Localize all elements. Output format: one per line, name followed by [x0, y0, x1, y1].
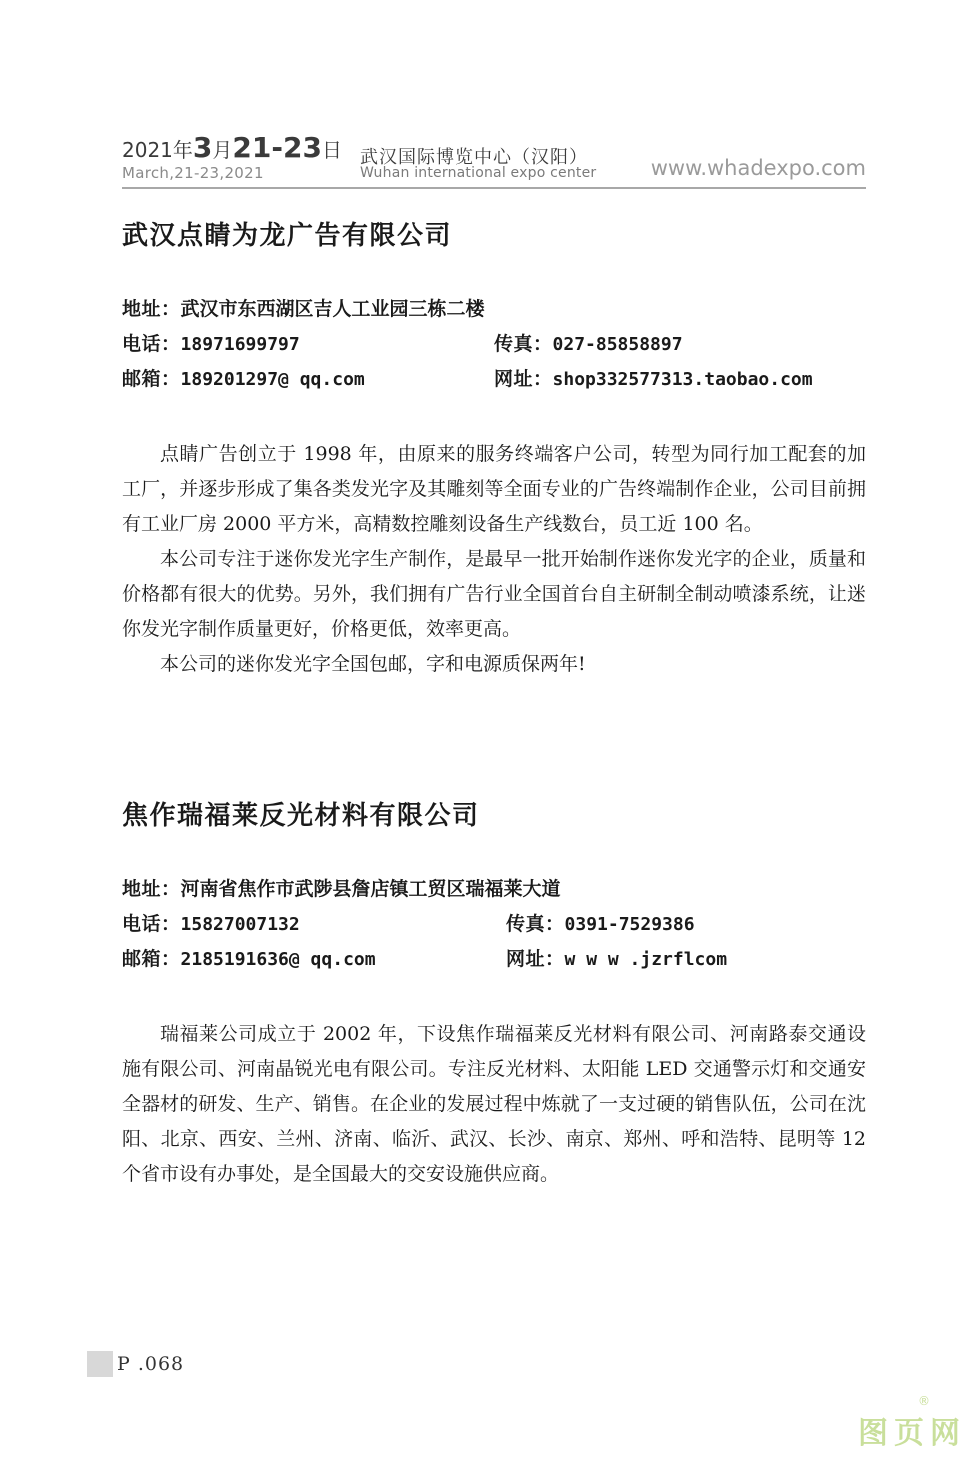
website-link[interactable]: www.whadexpo.com	[651, 156, 866, 180]
description-paragraph: 本公司专注于迷你发光字生产制作，是最早一批开始制作迷你发光字的企业，质量和价格都…	[122, 542, 866, 647]
web-value[interactable]: w w w .jzrflcom	[565, 949, 728, 970]
email: 邮箱：189201297@ qq.com	[122, 362, 494, 397]
description-paragraph: 本公司的迷你发光字全国包邮，字和电源质保两年!	[122, 647, 866, 682]
company-entry: 武汉点睛为龙广告有限公司 地址：武汉市东西湖区吉人工业园三栋二楼 电话：1897…	[122, 218, 866, 682]
page-footer: P .068	[87, 1351, 184, 1377]
description-paragraph: 点睛广告创立于 1998 年，由原来的服务终端客户公司，转型为同行加工配套的加工…	[122, 437, 866, 542]
date-days: 21-23	[232, 131, 322, 164]
page-header: 2021年3月21-23日 March,21-23,2021 武汉国际博览中心（…	[122, 134, 866, 190]
fax-label: 传真：	[494, 333, 553, 355]
address-value: 武汉市东西湖区吉人工业园三栋二楼	[181, 298, 485, 320]
contact-info: 地址：河南省焦作市武陟县詹店镇工贸区瑞福莱大道 电话：15827007132 传…	[122, 872, 866, 977]
venue-en: Wuhan international expo center	[360, 165, 596, 181]
email-value[interactable]: 2185191636@ qq.com	[181, 949, 376, 970]
fax-value: 0391-7529386	[565, 914, 695, 935]
web-label: 网址：	[494, 368, 553, 390]
address-label: 地址：	[122, 298, 181, 320]
date-year: 2021年	[122, 138, 193, 162]
web: 网址：shop332577313.taobao.com	[494, 362, 813, 397]
event-date: 2021年3月21-23日	[122, 134, 342, 162]
email-label: 邮箱：	[122, 368, 181, 390]
web: 网址：w w w .jzrflcom	[506, 942, 727, 977]
phone-value: 18971699797	[181, 334, 300, 355]
registered-icon: ®	[918, 1394, 930, 1408]
fax-label: 传真：	[506, 913, 565, 935]
company-entry: 焦作瑞福莱反光材料有限公司 地址：河南省焦作市武陟县詹店镇工贸区瑞福莱大道 电话…	[122, 798, 866, 1192]
phone-fax-row: 电话：18971699797 传真：027-85858897	[122, 327, 866, 362]
description-paragraph: 瑞福莱公司成立于 2002 年，下设焦作瑞福莱反光材料有限公司、河南路泰交通设施…	[122, 1017, 866, 1192]
email-value[interactable]: 189201297@ qq.com	[181, 369, 365, 390]
company-description: 点睛广告创立于 1998 年，由原来的服务终端客户公司，转型为同行加工配套的加工…	[122, 437, 866, 682]
company-description: 瑞福莱公司成立于 2002 年，下设焦作瑞福莱反光材料有限公司、河南路泰交通设施…	[122, 1017, 866, 1192]
email-web-row: 邮箱：189201297@ qq.com 网址：shop332577313.ta…	[122, 362, 866, 397]
event-date-en: March,21-23,2021	[122, 164, 264, 182]
phone: 电话：15827007132	[122, 907, 506, 942]
date-month: 3	[193, 131, 212, 164]
watermark-logo: 图页网 ®	[858, 1408, 966, 1452]
email-label: 邮箱：	[122, 948, 181, 970]
date-month-unit: 月	[212, 138, 232, 162]
address-row: 地址：武汉市东西湖区吉人工业园三栋二楼	[122, 292, 866, 327]
address-value: 河南省焦作市武陟县詹店镇工贸区瑞福莱大道	[181, 878, 561, 900]
page-number: P .068	[117, 1353, 184, 1375]
email-web-row: 邮箱：2185191636@ qq.com 网址：w w w .jzrflcom	[122, 942, 866, 977]
address: 地址：武汉市东西湖区吉人工业园三栋二楼	[122, 292, 485, 327]
address-row: 地址：河南省焦作市武陟县詹店镇工贸区瑞福莱大道	[122, 872, 866, 907]
page-marker-block	[87, 1351, 113, 1377]
fax: 传真：027-85858897	[494, 327, 683, 362]
header-divider	[122, 187, 866, 189]
web-label: 网址：	[506, 948, 565, 970]
address-label: 地址：	[122, 878, 181, 900]
fax-value: 027-85858897	[553, 334, 683, 355]
fax: 传真：0391-7529386	[506, 907, 695, 942]
phone-value: 15827007132	[181, 914, 300, 935]
watermark-text: 图页网	[858, 1416, 966, 1451]
phone-label: 电话：	[122, 913, 181, 935]
company-name: 武汉点睛为龙广告有限公司	[122, 218, 866, 254]
web-value[interactable]: shop332577313.taobao.com	[553, 369, 813, 390]
phone-fax-row: 电话：15827007132 传真：0391-7529386	[122, 907, 866, 942]
phone: 电话：18971699797	[122, 327, 494, 362]
date-day-unit: 日	[322, 138, 342, 162]
email: 邮箱：2185191636@ qq.com	[122, 942, 506, 977]
contact-info: 地址：武汉市东西湖区吉人工业园三栋二楼 电话：18971699797 传真：02…	[122, 292, 866, 397]
address: 地址：河南省焦作市武陟县詹店镇工贸区瑞福莱大道	[122, 872, 561, 907]
phone-label: 电话：	[122, 333, 181, 355]
company-name: 焦作瑞福莱反光材料有限公司	[122, 798, 866, 834]
